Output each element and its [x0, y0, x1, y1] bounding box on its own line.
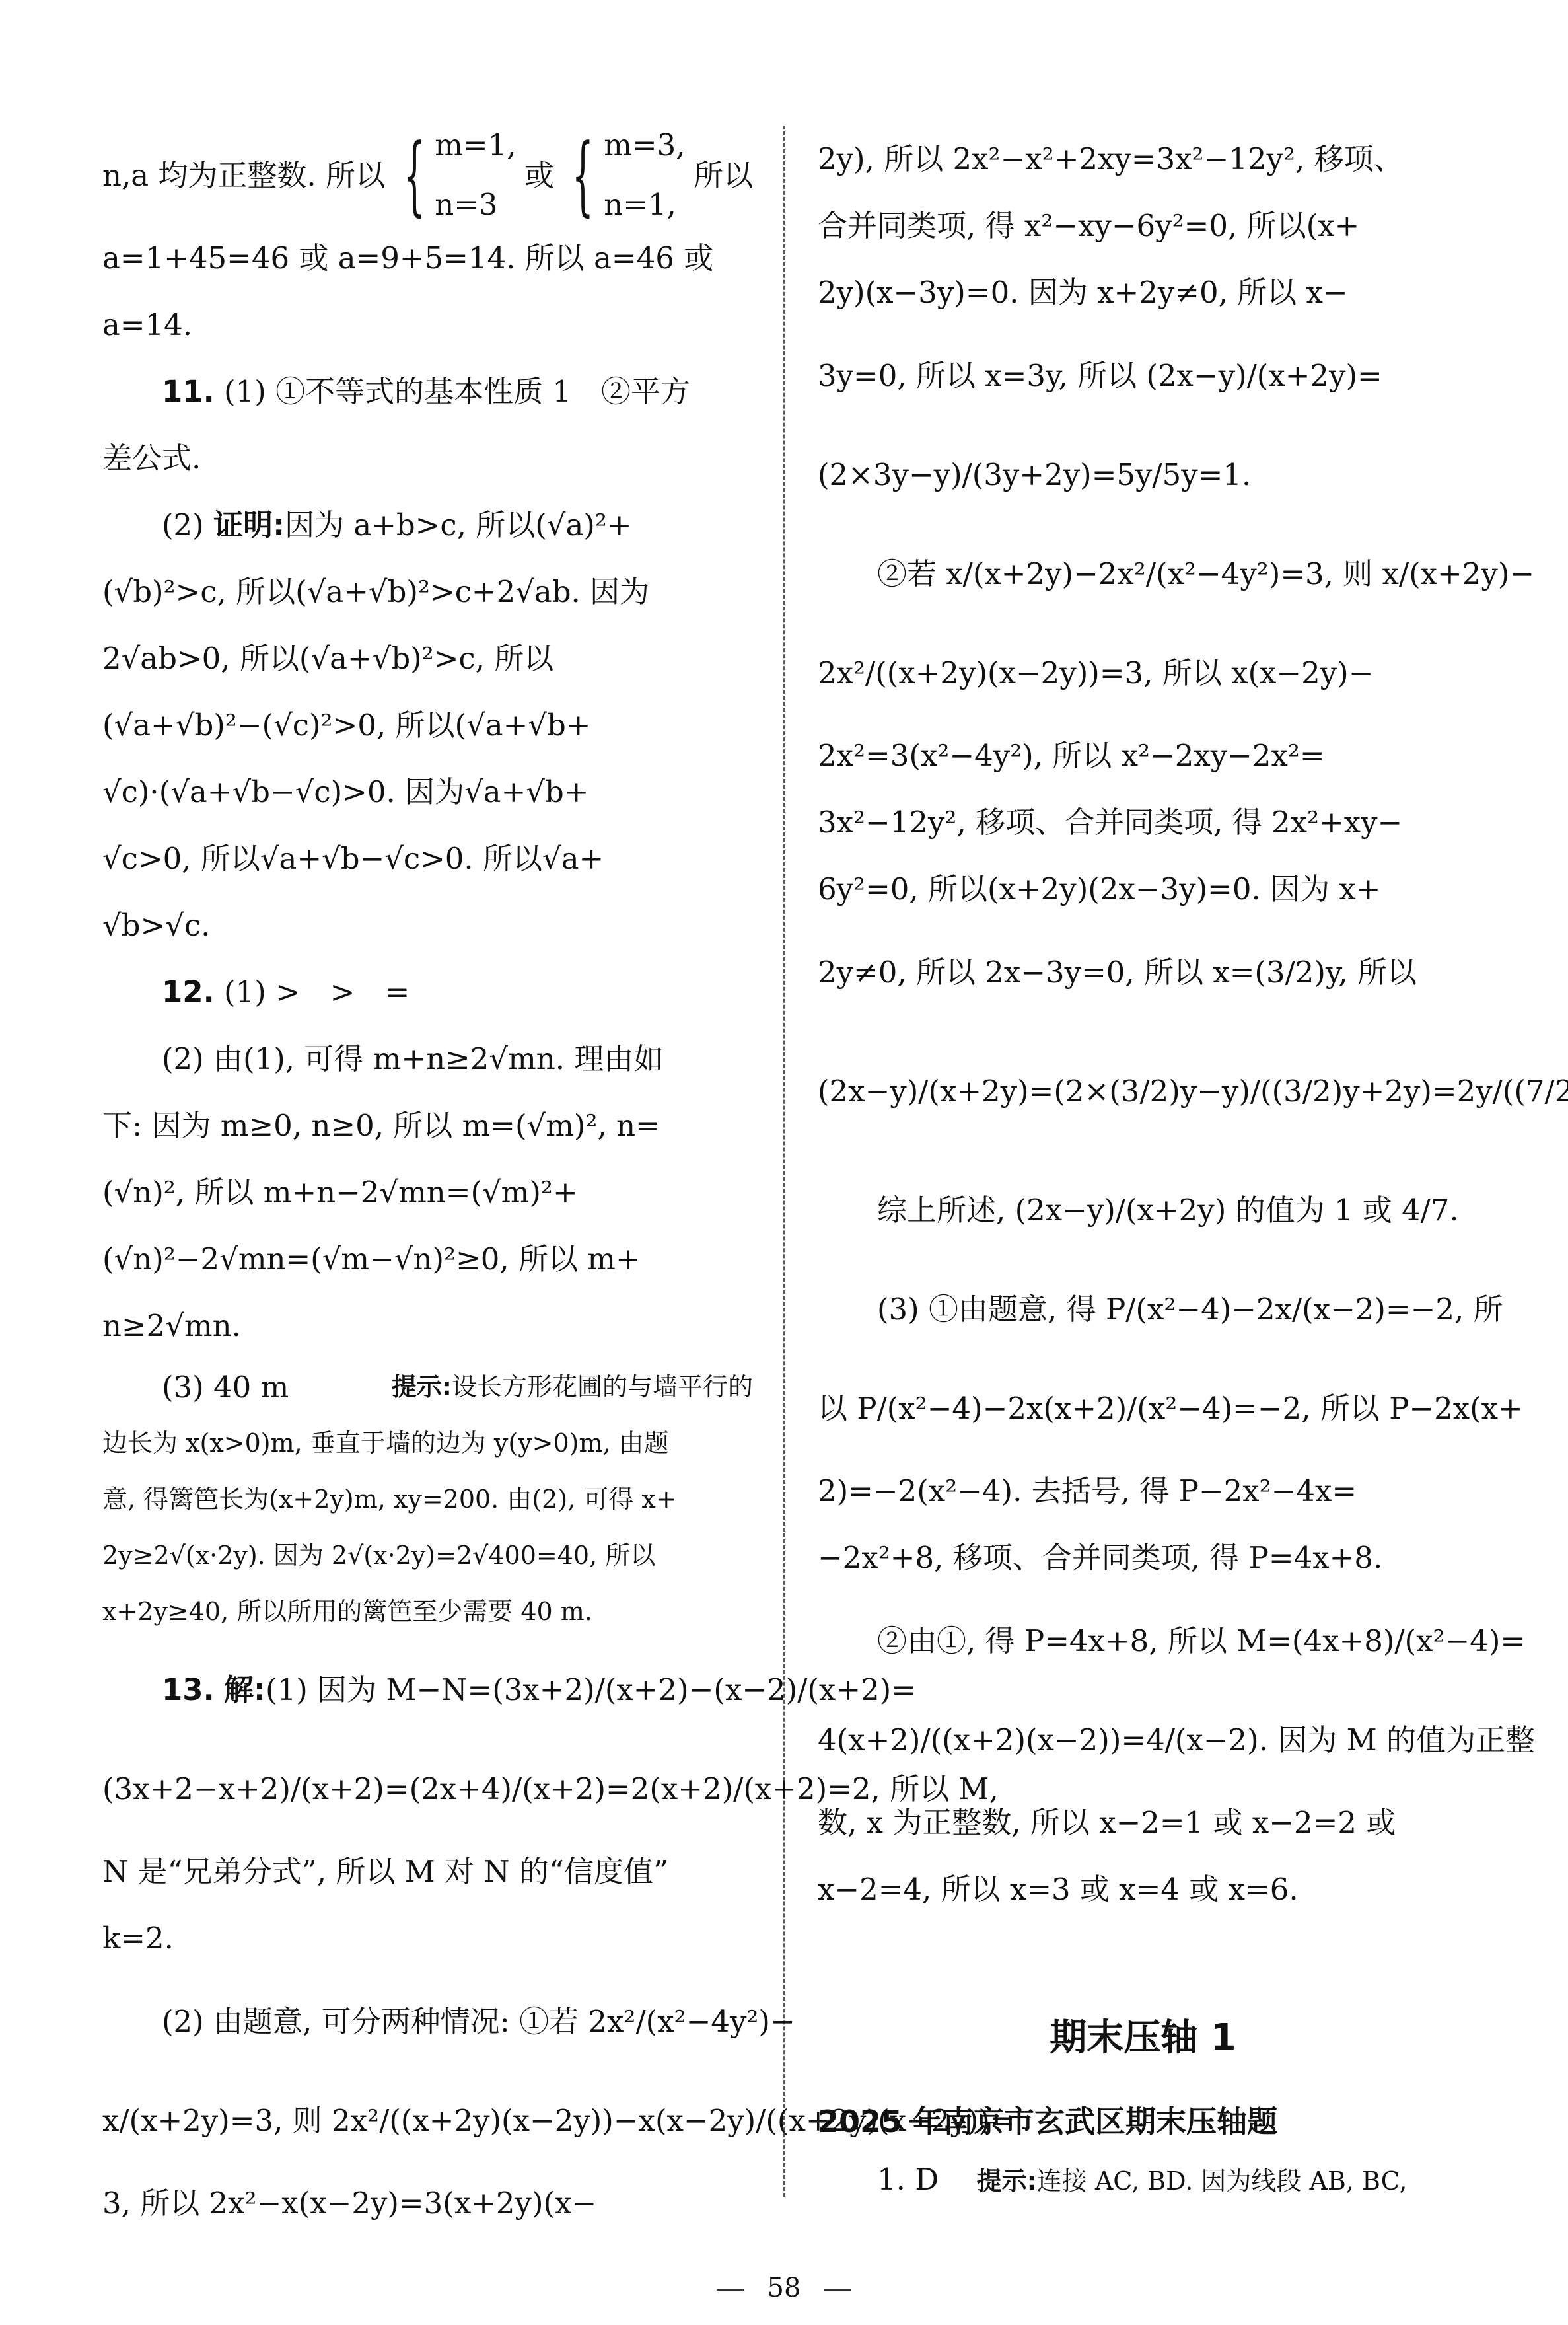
q10-tail-line2: a=1+45=46 或 a=9+5=14. 所以 a=46 或 [102, 225, 753, 291]
q12-part1: 12. (1) > > = [102, 959, 753, 1025]
hint-label: 提示: [392, 1372, 452, 1401]
text: 设长方形花圃的与墙平行的 [452, 1372, 753, 1401]
q13-part3-line: 2)=−2(x²−4). 去括号, 得 P−2x²−4x= [818, 1458, 1468, 1524]
q13-case2-line: 6y²=0, 所以(x+2y)(2x−3y)=0. 因为 x+ [818, 856, 1468, 922]
q11-line: √b>√c. [102, 892, 753, 959]
q13-part3-line: 以 P/(x²−4)−2x(x+2)/(x²−4)=−2, 所以 P−2x(x+ [818, 1358, 1468, 1458]
q13-line: N 是“兄弟分式”, 所以 M 对 N 的“信度值” [102, 1838, 753, 1905]
q11-part1: 11. (1) ①不等式的基本性质 1 ②平方 [102, 358, 753, 425]
q13-part3-line: −2x²+8, 移项、合并同类项, 得 P=4x+8. [818, 1524, 1468, 1591]
answer: D [915, 2162, 939, 2197]
text: n,a 均为正整数. 所以 [102, 142, 385, 209]
text: 因为 a+b>c, 所以(√a)²+ [285, 492, 632, 558]
page-number: 58 [767, 2273, 801, 2303]
q13-part3b-line: 数, x 为正整数, 所以 x−2=1 或 x−2=2 或 [818, 1789, 1468, 1856]
q13-line: x/(x+2y)=3, 则 2x²/((x+2y)(x−2y))−x(x−2y)… [102, 2071, 753, 2170]
q11-line: 2√ab>0, 所以(√a+√b)²>c, 所以 [102, 625, 753, 692]
equation: m=3, [604, 116, 685, 175]
q13-case2-line: ②若 x/(x+2y)−2x²/(x²−4y²)=3, 则 x/(x+2y)− [818, 524, 1468, 623]
text: (1) > > = [224, 959, 410, 1025]
equation-system-1: { m=1, n=3 [394, 116, 517, 235]
q13-case2-line: 3x²−12y², 移项、合并同类项, 得 2x²+xy− [818, 789, 1468, 856]
q10-tail-line3: a=14. [102, 291, 753, 358]
column-divider [783, 126, 785, 2197]
hint-text: 连接 AC, BD. 因为线段 AB, BC, [1037, 2166, 1408, 2196]
q13-line: 3, 所以 2x²−x(x−2y)=3(x+2y)(x− [102, 2170, 753, 2236]
q12-part3-hint: (3) 40 m 提示:设长方形花圃的与墙平行的 边长为 x(x>0)m, 垂直… [102, 1359, 753, 1640]
q11-line: (√a+√b)²−(√c)²>0, 所以(√a+√b+ [102, 692, 753, 758]
text: 或 [524, 142, 554, 209]
q12-line: (2) 由(1), 可得 m+n≥2√mn. 理由如 [102, 1025, 753, 1092]
hint-line: 意, 得篱笆长为(x+2y)m, xy=200. 由(2), 可得 x+ [102, 1471, 753, 1528]
section-title: 期末压轴 1 [818, 2009, 1468, 2061]
solve-label: 解: [224, 1656, 266, 1723]
hint-line: 边长为 x(x>0)m, 垂直于墙的边为 y(y>0)m, 由题 [102, 1415, 753, 1471]
hint-line: 2y≥2√(x·2y). 因为 2√(x·2y)=2√400=40, 所以 [102, 1528, 753, 1584]
q13-case1-line: 2y), 所以 2x²−x²+2xy=3x²−12y², 移项、 [818, 126, 1468, 192]
q13-case2-line: 2y≠0, 所以 2x−3y=0, 所以 x=(3/2)y, 所以 [818, 922, 1468, 1021]
section-subtitle: 2025 年南京市玄武区期末压轴题 [818, 2098, 1277, 2141]
equation: m=1, [435, 116, 516, 175]
q12-line: (√n)²−2√mn=(√m−√n)²≥0, 所以 m+ [102, 1226, 753, 1292]
q13-case1-line: 2y)(x−3y)=0. 因为 x+2y≠0, 所以 x− [818, 259, 1468, 326]
q12-line: (√n)², 所以 m+n−2√mn=(√m)²+ [102, 1159, 753, 1226]
text: (1) ①不等式的基本性质 1 ②平方 [224, 358, 690, 425]
q11-line: (√b)²>c, 所以(√a+√b)²>c+2√ab. 因为 [102, 558, 753, 625]
q13-part3b-line: ②由①, 得 P=4x+8, 所以 M=(4x+8)/(x²−4)= [818, 1591, 1468, 1690]
part-label: (2) [162, 492, 204, 558]
left-column: n,a 均为正整数. 所以 { m=1, n=3 或 { m=3, n=1, 所… [102, 126, 753, 2236]
question-number: 12. [162, 959, 215, 1025]
answer: (3) 40 m [162, 1359, 289, 1415]
proof-label: 证明: [213, 492, 285, 558]
footer-dash [717, 2289, 744, 2291]
q13-part1-line1: 13. 解:(1) 因为 M−N=(3x+2)/(x+2)−(x−2)/(x+2… [102, 1640, 753, 1739]
q13-case2-line: 2x²=3(x²−4y²), 所以 x²−2xy−2x²= [818, 722, 1468, 789]
q11-line: √c)·(√a+√b−√c)>0. 因为√a+√b+ [102, 758, 753, 825]
q13-part3b-line: x−2=4, 所以 x=3 或 x=4 或 x=6. [818, 1856, 1468, 1923]
page-footer: 58 [0, 2273, 1568, 2303]
q12-line: 下: 因为 m≥0, n≥0, 所以 m=(√m)², n= [102, 1092, 753, 1159]
footer-dash [824, 2289, 851, 2291]
text: 所以 [694, 142, 753, 209]
q12-part3-line: (3) 40 m 提示:设长方形花圃的与墙平行的 [102, 1359, 753, 1415]
hint-line: x+2y≥40, 所以所用的篱笆至少需要 40 m. [102, 1584, 753, 1640]
q11-part2-line1: (2) 证明:因为 a+b>c, 所以(√a)²+ [102, 492, 753, 558]
q13-summary: 综上所述, (2x−y)/(x+2y) 的值为 1 或 4/7. [818, 1160, 1468, 1259]
right-column: 2y), 所以 2x²−x²+2xy=3x²−12y², 移项、 合并同类项, … [818, 126, 1468, 1923]
q10-tail-line1: n,a 均为正整数. 所以 { m=1, n=3 或 { m=3, n=1, 所… [102, 126, 753, 225]
q13-case1-line: 合并同类项, 得 x²−xy−6y²=0, 所以(x+ [818, 192, 1468, 259]
q11-line: √c>0, 所以√a+√b−√c>0. 所以√a+ [102, 825, 753, 892]
q13-part3b-line: 4(x+2)/((x+2)(x−2))=4/(x−2). 因为 M 的值为正整 [818, 1690, 1468, 1789]
q1-line: 1. D 提示:连接 AC, BD. 因为线段 AB, BC, [877, 2160, 1407, 2197]
q13-case2-line: 2x²/((x+2y)(x−2y))=3, 所以 x(x−2y)− [818, 623, 1468, 722]
q13-line: (3x+2−x+2)/(x+2)=(2x+4)/(x+2)=2(x+2)/(x+… [102, 1739, 753, 1838]
question-number: 11. [162, 358, 215, 425]
q11-part1-line2: 差公式. [102, 425, 753, 492]
q13-line: (2) 由题意, 可分两种情况: ①若 2x²/(x²−4y²)− [102, 1972, 753, 2071]
q13-line: k=2. [102, 1905, 753, 1972]
equation-system-2: { m=3, n=1, [562, 116, 685, 235]
q13-case1-line: 3y=0, 所以 x=3y, 所以 (2x−y)/(x+2y)= [818, 326, 1468, 425]
q13-case1-line: (2×3y−y)/(3y+2y)=5y/5y=1. [818, 425, 1468, 524]
q12-line: n≥2√mn. [102, 1292, 753, 1359]
question-number: 13. [162, 1656, 215, 1723]
q13-part3-line: (3) ①由题意, 得 P/(x²−4)−2x/(x−2)=−2, 所 [818, 1259, 1468, 1358]
q13-case2-line: (2x−y)/(x+2y)=(2×(3/2)y−y)/((3/2)y+2y)=2… [818, 1021, 1468, 1160]
hint-label: 提示: [977, 2166, 1037, 2196]
question-number: 1. [877, 2162, 906, 2197]
